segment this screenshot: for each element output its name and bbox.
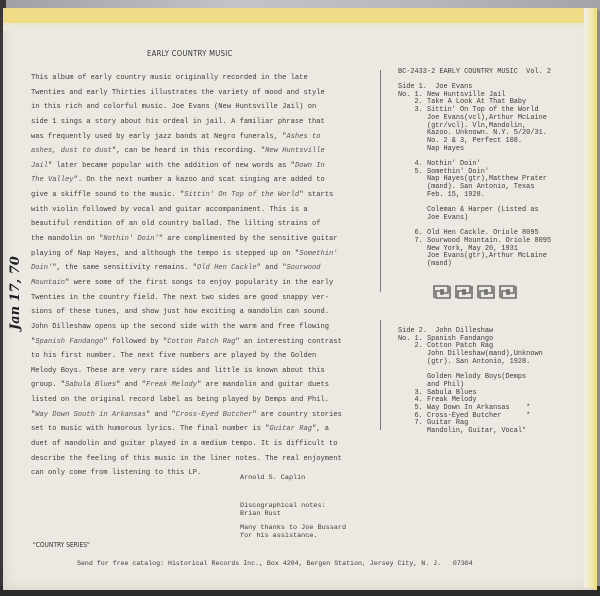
text-segment: in this rich and colorful music. Joe Eva… (31, 103, 316, 111)
text-segment: " and " (116, 381, 146, 389)
text-segment: John Dilleshaw opens up the second side … (31, 323, 329, 331)
series-label: "COUNTRY SERIES" (33, 541, 90, 549)
text-segment: Twenties in the country field. The next … (31, 294, 329, 302)
liner-notes-line: sions of these tunes, and show just how … (31, 305, 381, 320)
liner-notes-line: in this rich and colorful music. Joe Eva… (31, 100, 381, 115)
text-segment: ", the same sensitivity remains. " (52, 264, 197, 272)
liner-notes-line: with violin followed by vocal and guitar… (31, 203, 381, 218)
song-title: Jail (31, 162, 48, 170)
liner-notes-title: EARLY COUNTRY MUSIC (147, 49, 233, 58)
liner-notes-line: beautiful rendition of an old country ba… (31, 217, 381, 232)
side-2-tracklist: Side 2. John Dilleshaw No. 1. Spanish Fa… (398, 328, 543, 436)
text-segment: " and " (146, 411, 176, 419)
song-title: Cross-Eyed Butcher (176, 411, 253, 419)
liner-notes-line: side 1 sings a story about his ordeal in… (31, 115, 381, 130)
greek-key-ornament-icon (432, 284, 524, 300)
song-title: Sittin' On Top of the World (184, 191, 299, 199)
text-segment: set to music with humorous lyrics. The f… (31, 425, 269, 433)
catalog-footer: Send for free catalog: Historical Record… (77, 560, 473, 567)
liner-notes-body: This album of early country music origin… (31, 71, 381, 481)
song-title: Guitar Rag (269, 425, 312, 433)
song-title: Cotton Patch Rag (167, 338, 235, 346)
song-title: Sabula Blues (65, 381, 116, 389)
text-segment: give a skiffle sound to the music. " (31, 191, 184, 199)
discographical-notes: Discographical notes: Brian Rust (240, 502, 326, 518)
text-segment: ". On the next number a kazoo and scat s… (74, 176, 325, 184)
liner-notes-line: group. "Sabula Blues" and "Freak Melody"… (31, 378, 381, 393)
text-segment: with violin followed by vocal and guitar… (31, 206, 308, 214)
song-title: Spanish Fandango (35, 338, 103, 346)
song-title: Sourwood (286, 264, 320, 272)
liner-notes-line: Jail" later became popular with the addi… (31, 159, 381, 174)
text-segment: " later became popular with the addition… (48, 162, 295, 170)
text-segment: Melody Boys. These are very rare sides a… (31, 367, 325, 375)
text-segment: " are country stories (252, 411, 341, 419)
liner-notes-line: listed on the original record label as b… (31, 393, 381, 408)
text-segment: can only come from listening to this LP. (31, 469, 201, 477)
song-title: Freak Melody (146, 381, 197, 389)
liner-notes-line: The Valley". On the next number a kazoo … (31, 173, 381, 188)
liner-notes-line: duet of mandolin and guitar played in a … (31, 437, 381, 452)
text-segment: " are mandolin and guitar duets (197, 381, 329, 389)
liner-notes-line: was frequently used by early jazz bands … (31, 130, 381, 145)
liner-notes-line: the mandolin on "Nothin' Doin'" are comp… (31, 232, 381, 247)
liner-notes-line: Twenties in the country field. The next … (31, 291, 381, 306)
liner-notes-line: can only come from listening to this LP. (31, 466, 381, 481)
text-segment: group. " (31, 381, 65, 389)
text-segment: describe the feeling of this music in th… (31, 455, 342, 463)
liner-notes-line: describe the feeling of this music in th… (31, 452, 381, 467)
text-segment: to his first number. The next five numbe… (31, 352, 316, 360)
acknowledgement: Many thanks to Joe Bussard for his assis… (240, 524, 346, 540)
song-title: ashes, dust to dust (31, 147, 112, 155)
liner-notes-line: "Way Down South in Arkansas" and "Cross-… (31, 408, 381, 423)
liner-notes-line: John Dilleshaw opens up the second side … (31, 320, 381, 335)
liner-notes-line: Doin'", the same sensitivity remains. "O… (31, 261, 381, 276)
song-title: Ashes to (286, 133, 320, 141)
text-segment: " followed by " (103, 338, 167, 346)
handwritten-date: Jan 17, 70 (8, 256, 23, 330)
text-segment: listed on the original record label as b… (31, 396, 329, 404)
text-segment: " an interesting contrast (235, 338, 341, 346)
song-title: Doin' (31, 264, 52, 272)
text-segment: " were some of the first songs to enjoy … (65, 279, 333, 287)
liner-notes-line: playing of Nap Hayes, and although the t… (31, 247, 381, 262)
column-divider-lower (380, 320, 381, 430)
text-segment: ", can be heard in this recording. " (112, 147, 265, 155)
liner-notes-line: Twenties and early Thirties illustrates … (31, 86, 381, 101)
author-signature: Arnold S. Caplin (240, 474, 305, 482)
text-segment: ", a (312, 425, 329, 433)
liner-notes-line: This album of early country music origin… (31, 71, 381, 86)
song-title: Old Hen Cackle (197, 264, 257, 272)
text-segment: " are complimented by the sensitive guit… (159, 235, 338, 243)
liner-notes-line: Melody Boys. These are very rare sides a… (31, 364, 381, 379)
side-1-tracklist: Side 1. Joe Evans No. 1. New Huntsville … (398, 84, 551, 269)
catalog-header: BC-2433-2 EARLY COUNTRY MUSIC Vol. 2 (398, 69, 551, 77)
song-title: Somethin' (299, 250, 337, 258)
song-title: Way Down South in Arkansas (35, 411, 146, 419)
tape-shadow (3, 23, 589, 31)
text-segment: " starts (299, 191, 333, 199)
yellowed-right-edge (584, 8, 594, 588)
text-segment: duet of mandolin and guitar played in a … (31, 440, 338, 448)
liner-notes-line: ashes, dust to dust", can be heard in th… (31, 144, 381, 159)
liner-notes-line: Mountain" were some of the first songs t… (31, 276, 381, 291)
text-segment: side 1 sings a story about his ordeal in… (31, 118, 325, 126)
text-segment: the mandolin on " (31, 235, 103, 243)
yellow-tape-strip (3, 8, 589, 23)
liner-notes-line: set to music with humorous lyrics. The f… (31, 422, 381, 437)
text-segment: " and " (257, 264, 287, 272)
text-segment: This album of early country music origin… (31, 74, 308, 82)
text-segment: sions of these tunes, and show just how … (31, 308, 329, 316)
liner-notes-line: give a skiffle sound to the music. "Sitt… (31, 188, 381, 203)
song-title: Down In (295, 162, 325, 170)
song-title: Nothin' Doin' (103, 235, 158, 243)
song-title: The Valley (31, 176, 74, 184)
liner-notes-line: to his first number. The next five numbe… (31, 349, 381, 364)
text-segment: beautiful rendition of an old country ba… (31, 220, 320, 228)
text-segment: was frequently used by early jazz bands … (31, 133, 286, 141)
song-title: Mountain (31, 279, 65, 287)
text-segment: playing of Nap Hayes, and although the t… (31, 250, 299, 258)
text-segment: Twenties and early Thirties illustrates … (31, 89, 325, 97)
liner-notes-line: "Spanish Fandango" followed by "Cotton P… (31, 335, 381, 350)
song-title: New Huntsville (265, 147, 325, 155)
column-divider (380, 70, 381, 292)
